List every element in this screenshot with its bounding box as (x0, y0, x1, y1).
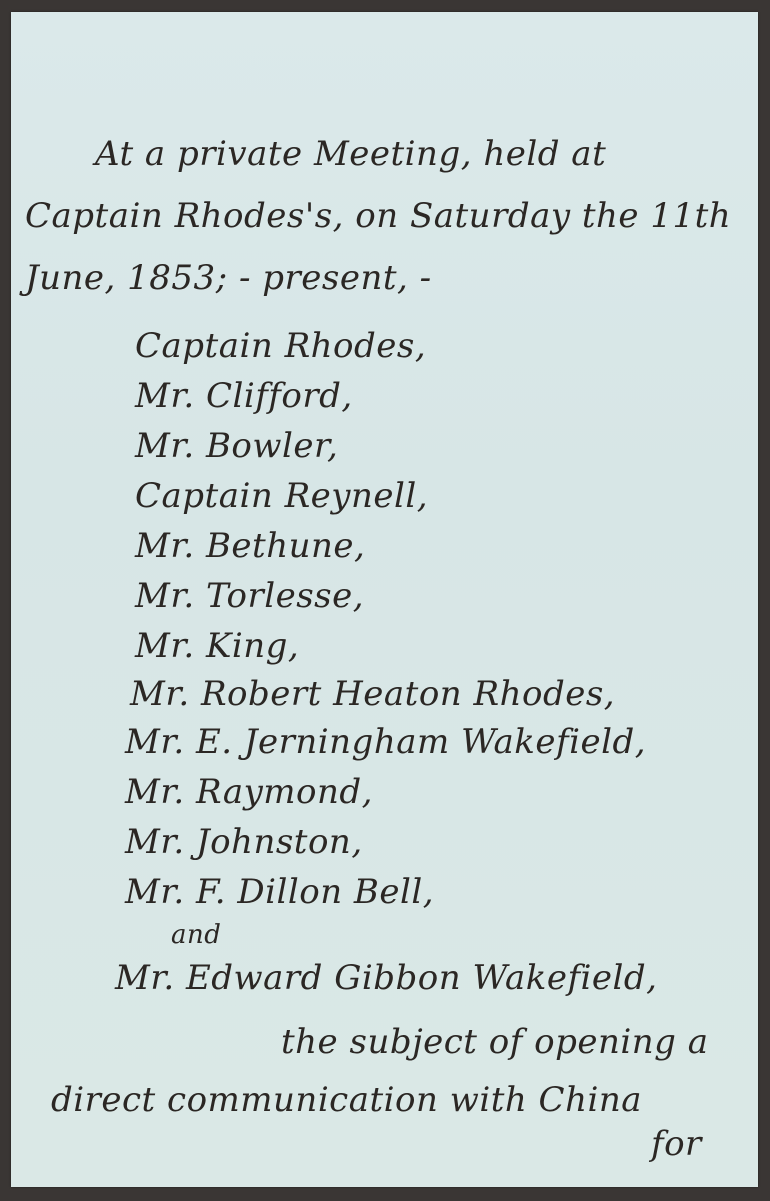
attendee-11: Mr. Johnston, (125, 822, 363, 862)
attendee-3: Mr. Bowler, (135, 426, 338, 466)
attendee-6: Mr. Torlesse, (135, 576, 364, 616)
attendee-2: Mr. Clifford, (135, 376, 353, 416)
intro-line-2: Captain Rhodes's, on Saturday the 11th (25, 196, 731, 236)
intro-line-3: June, 1853; - present, - (25, 258, 432, 298)
intro-line-1: At a private Meeting, held at (95, 134, 606, 174)
attendee-4: Captain Reynell, (135, 476, 428, 516)
attendee-and: and (171, 920, 221, 950)
attendee-7: Mr. King, (135, 626, 299, 666)
closing-line-3: for (651, 1124, 702, 1164)
attendee-12: Mr. F. Dillon Bell, (125, 872, 434, 912)
attendee-1: Captain Rhodes, (135, 326, 426, 366)
attendee-5: Mr. Bethune, (135, 526, 365, 566)
attendee-10: Mr. Raymond, (125, 772, 373, 812)
closing-line-2: direct communication with China (51, 1080, 642, 1120)
attendee-9: Mr. E. Jerningham Wakefield, (125, 722, 646, 762)
attendee-13: Mr. Edward Gibbon Wakefield, (115, 958, 657, 998)
closing-line-1: the subject of opening a (281, 1022, 709, 1062)
manuscript-page: At a private Meeting, held at Captain Rh… (11, 12, 758, 1187)
attendee-8: Mr. Robert Heaton Rhodes, (130, 674, 615, 714)
